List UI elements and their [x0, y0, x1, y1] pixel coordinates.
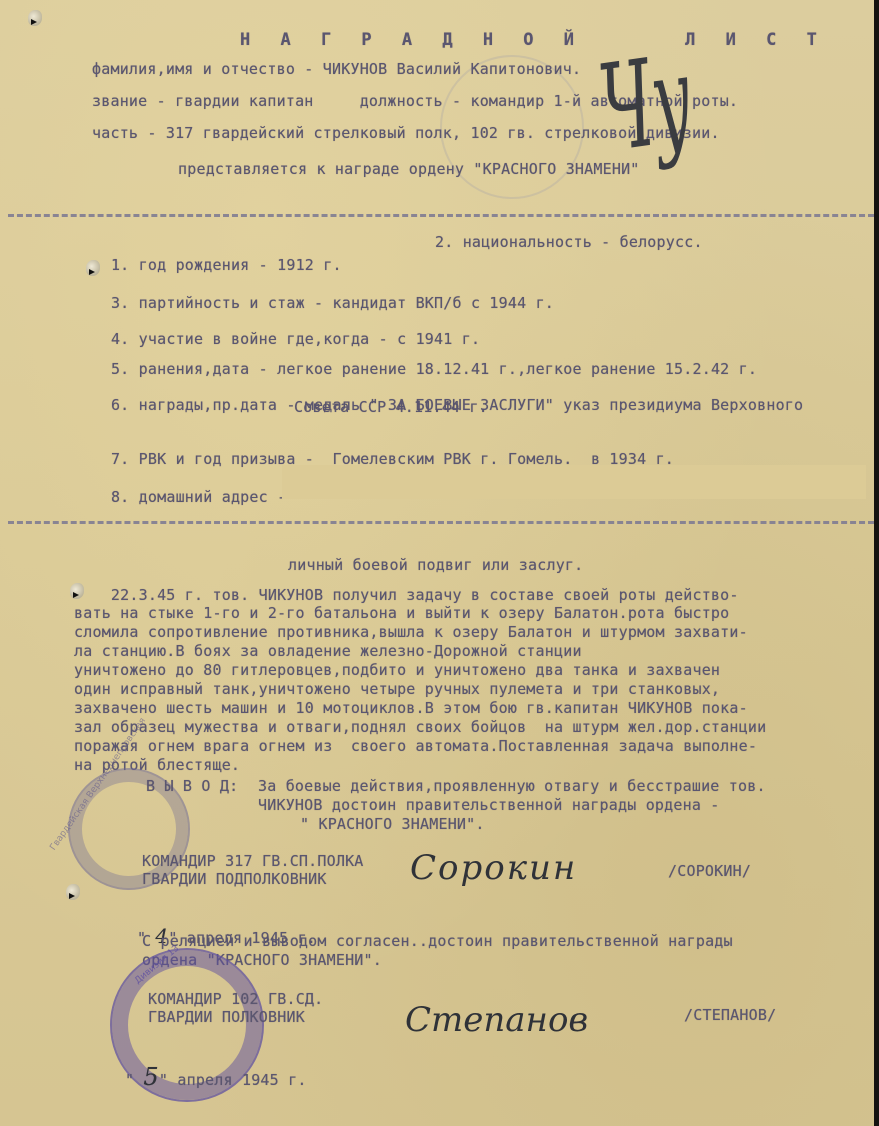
- item-8: 8. домашний адрес -: [74, 470, 286, 524]
- signer2-rank: ГВАРДИИ ПОЛКОВНИК: [148, 1008, 305, 1026]
- item-7-num: 7.: [111, 450, 129, 468]
- item-5-value: ранения,дата - легкое ранение 18.12.41 г…: [139, 360, 757, 378]
- conclusion-line: " КРАСНОГО ЗНАМЕНИ".: [300, 815, 485, 833]
- feat-line: зал образец мужества и отваги,поднял сво…: [74, 718, 766, 736]
- award-sheet: Н А Г Р А Д Н О Й Л И С Т фамилия,имя и …: [0, 0, 874, 1126]
- endorsement-line: С реляцией и выводом согласен..достоин п…: [142, 932, 733, 950]
- item-5-num: 5.: [111, 360, 129, 378]
- feat-line: один исправный танк,уничтожено четыре ру…: [74, 680, 720, 698]
- feat-line: поражая огнем врага огнем из своего авто…: [74, 737, 757, 755]
- item-1-text: 1.: [111, 256, 129, 274]
- scan-edge: [874, 0, 879, 1126]
- item-2: 2. национальность - белорусс.: [435, 233, 703, 251]
- handwritten-mark: Чу: [594, 39, 699, 170]
- divider-1: [8, 214, 874, 217]
- signature-sorokin: Сорокин: [410, 848, 577, 888]
- feat-line: уничтожено до 80 гитлеровцев,подбито и у…: [74, 661, 720, 679]
- conclusion-line: За боевые действия,проявленную отвагу и …: [258, 777, 766, 795]
- punch-hole-bottom: [66, 884, 80, 900]
- field-name: фамилия,имя и отчество - ЧИКУНОВ Василий…: [92, 60, 581, 78]
- signer1-typed-name: /СОРОКИН/: [668, 862, 751, 880]
- conclusion-line: ЧИКУНОВ достоин правительственной наград…: [258, 796, 720, 814]
- handwritten-day-2: 5: [143, 1063, 158, 1091]
- item-8-num: 8.: [111, 488, 129, 506]
- conclusion-label: В Ы В О Д:: [146, 777, 238, 795]
- signer2-date: " 5" апреля 1945 г.: [88, 1045, 307, 1109]
- field-presented: представляется к награде ордену "КРАСНОГ…: [178, 160, 640, 178]
- document-title: Н А Г Р А Д Н О Й Л И С Т: [240, 30, 827, 50]
- feat-line: 22.3.45 г. тов. ЧИКУНОВ получил задачу в…: [74, 586, 739, 604]
- signer1-rank: ГВАРДИИ ПОДПОЛКОВНИК: [142, 870, 327, 888]
- signer1-title: КОМАНДИР 317 ГВ.СП.ПОЛКА: [142, 852, 364, 870]
- redacted-address: [282, 465, 866, 499]
- signature-stepanov: Степанов: [405, 1000, 588, 1040]
- signer2-title: КОМАНДИР 102 ГВ.СД.: [148, 990, 323, 1008]
- date-rest-2: " апреля 1945 г.: [159, 1071, 307, 1089]
- date-open-quote: ": [125, 1071, 143, 1089]
- item-6-num: 6.: [111, 396, 129, 414]
- feat-line: вать на стыке 1-го и 2-го батальона и вы…: [74, 604, 729, 622]
- item-3-value: партийность и стаж - кандидат ВКП/б с 19…: [139, 294, 554, 312]
- divider-2: [8, 521, 874, 524]
- punch-hole-mid: [86, 260, 100, 276]
- signer2-typed-name: /СТЕПАНОВ/: [684, 1006, 776, 1024]
- item-1-value: год рождения - 1912 г.: [139, 256, 342, 274]
- feat-line: захвачено шесть машин и 10 мотоциклов.В …: [74, 699, 748, 717]
- feat-line: ла станцию.В боях за овладение железно-Д…: [74, 642, 582, 660]
- punch-hole-top: [28, 10, 42, 26]
- item-8-label: домашний адрес -: [139, 488, 287, 506]
- feat-line: сломила сопротивление противника,вышла к…: [74, 623, 748, 641]
- feat-line: на ротой блестяще.: [74, 756, 240, 774]
- item-3-num: 3.: [111, 294, 129, 312]
- feat-heading: личный боевой подвиг или заслуг.: [288, 556, 583, 574]
- item-6-continuation: Совета ССР 4.11.44 г.: [294, 398, 488, 416]
